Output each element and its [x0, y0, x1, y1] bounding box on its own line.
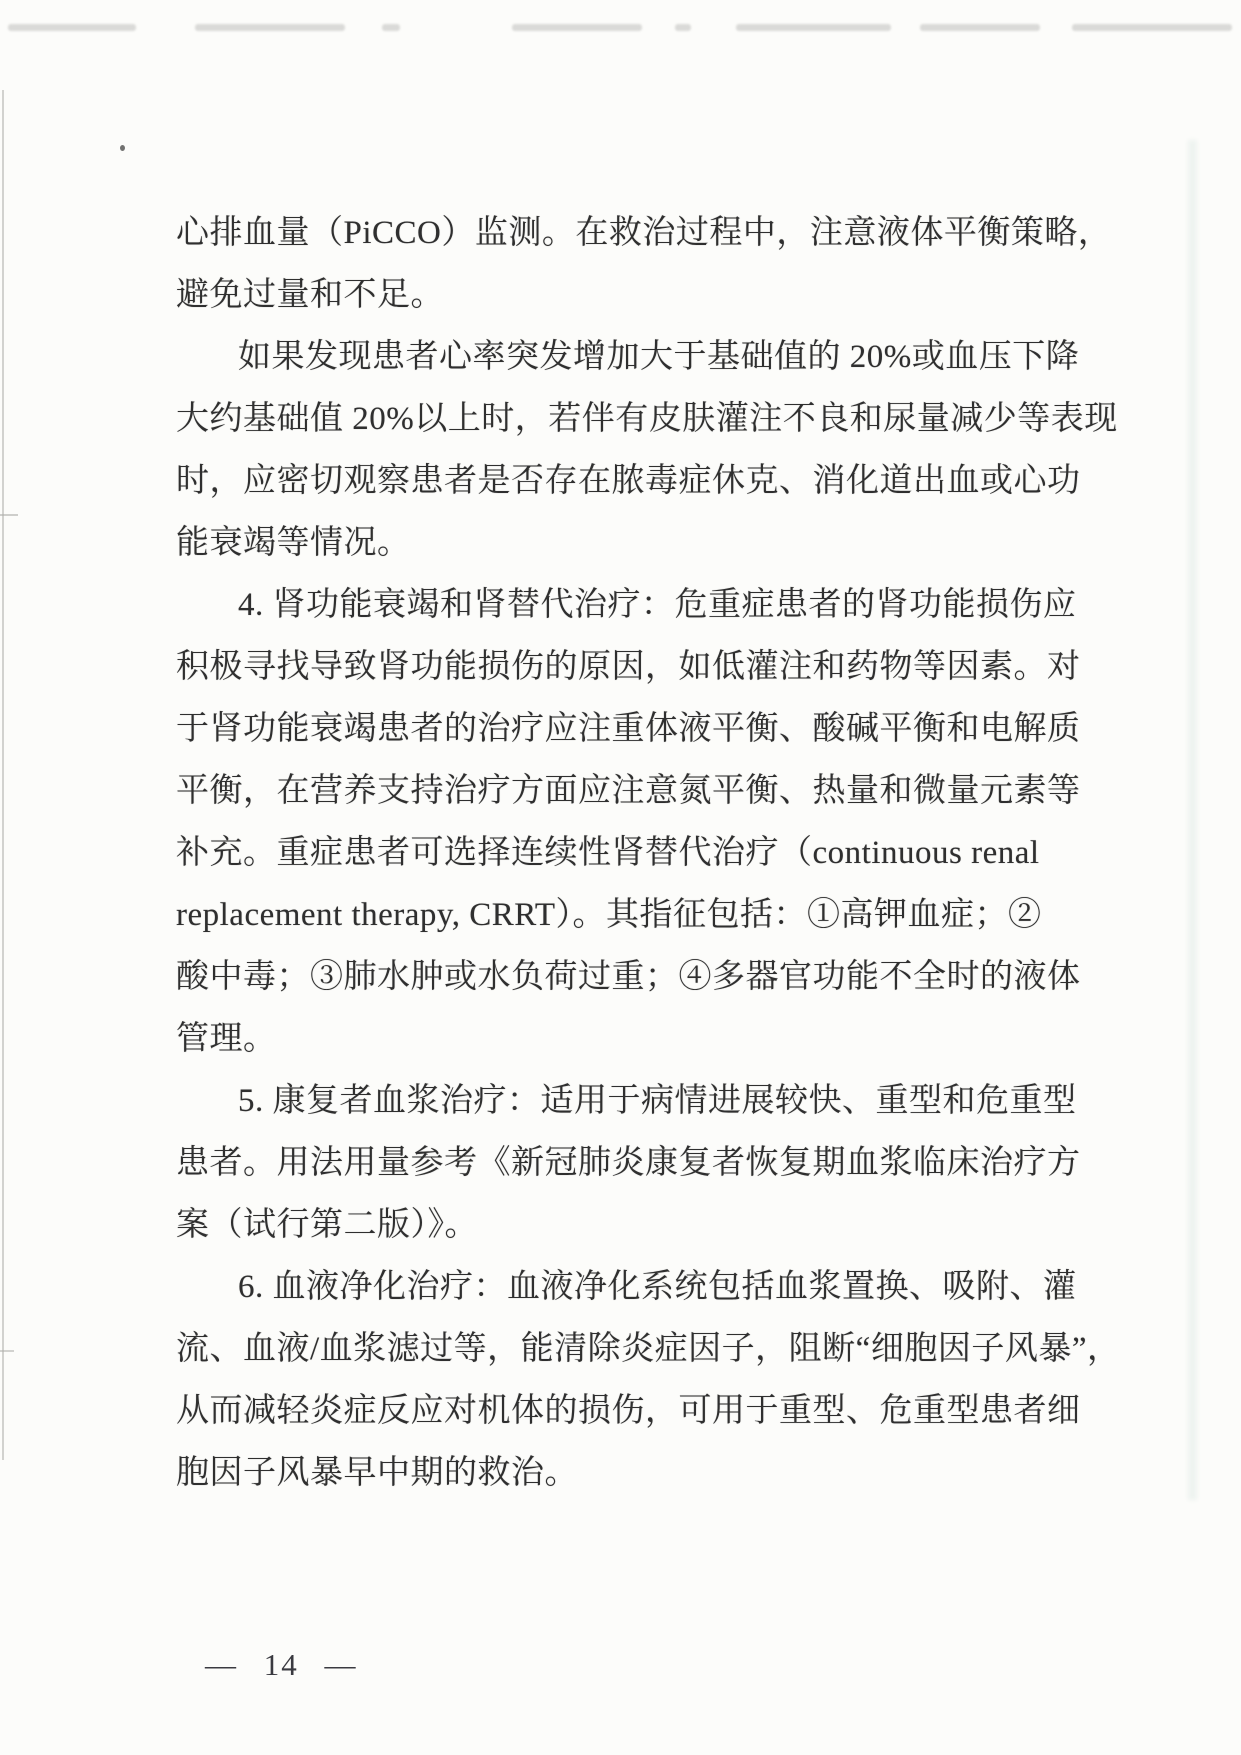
text-line: 患者。用法用量参考《新冠肺炎康复者恢复期血浆临床治疗方 [176, 1132, 1086, 1194]
text-line: 案（试行第二版）》。 [176, 1194, 1086, 1256]
text-line: 4. 肾功能衰竭和肾替代治疗：危重症患者的肾功能损伤应 [176, 574, 1086, 636]
scan-smudge [512, 24, 642, 31]
text-line: 能衰竭等情况。 [176, 512, 1086, 574]
scan-edge-tick [0, 1350, 14, 1352]
text-line: 补充。重症患者可选择连续性肾替代治疗（continuous renal [176, 822, 1086, 884]
text-line: 6. 血液净化治疗：血液净化系统包括血浆置换、吸附、灌 [176, 1256, 1086, 1318]
page-number: — 14 — [205, 1645, 358, 1685]
text-line: 积极寻找导致肾功能损伤的原因，如低灌注和药物等因素。对 [176, 636, 1086, 698]
text-line: 大约基础值 20%以上时，若伴有皮肤灌注不良和尿量减少等表现 [176, 388, 1086, 450]
text-line: 心排血量（PiCCO）监测。在救治过程中，注意液体平衡策略， [176, 202, 1086, 264]
scan-smudge [8, 24, 136, 31]
scan-edge-line [2, 90, 4, 1460]
text-line: 管理。 [176, 1008, 1086, 1070]
scan-smudge [675, 24, 691, 31]
scan-fold-band [1188, 140, 1197, 1500]
text-line: 平衡，在营养支持治疗方面应注意氮平衡、热量和微量元素等 [176, 760, 1086, 822]
text-line: 胞因子风暴早中期的救治。 [176, 1442, 1086, 1504]
text-line: replacement therapy, CRRT）。其指征包括：①高钾血症；② [176, 884, 1086, 946]
text-line: 流、血液/血浆滤过等，能清除炎症因子，阻断“细胞因子风暴”， [176, 1318, 1086, 1380]
text-line: 时，应密切观察患者是否存在脓毒症休克、消化道出血或心功 [176, 450, 1086, 512]
scan-smudge [736, 24, 891, 31]
scan-smudge-row [0, 24, 1241, 34]
scan-smudge [1072, 24, 1232, 31]
scan-smudge [382, 24, 400, 31]
text-line: 5. 康复者血浆治疗：适用于病情进展较快、重型和危重型 [176, 1070, 1086, 1132]
scan-smudge [195, 24, 345, 31]
text-line: 酸中毒；③肺水肿或水负荷过重；④多器官功能不全时的液体 [176, 946, 1086, 1008]
text-line: 于肾功能衰竭患者的治疗应注重体液平衡、酸碱平衡和电解质 [176, 698, 1086, 760]
text-line: 如果发现患者心率突发增加大于基础值的 20%或血压下降 [176, 326, 1086, 388]
scan-edge-tick [0, 514, 18, 516]
scan-smudge [920, 24, 1040, 31]
document-page: 心排血量（PiCCO）监测。在救治过程中，注意液体平衡策略， 避免过量和不足。 … [0, 0, 1241, 1755]
scan-dot [120, 145, 125, 151]
text-line: 避免过量和不足。 [176, 264, 1086, 326]
body-text: 心排血量（PiCCO）监测。在救治过程中，注意液体平衡策略， 避免过量和不足。 … [176, 202, 1086, 1504]
text-line: 从而减轻炎症反应对机体的损伤，可用于重型、危重型患者细 [176, 1380, 1086, 1442]
